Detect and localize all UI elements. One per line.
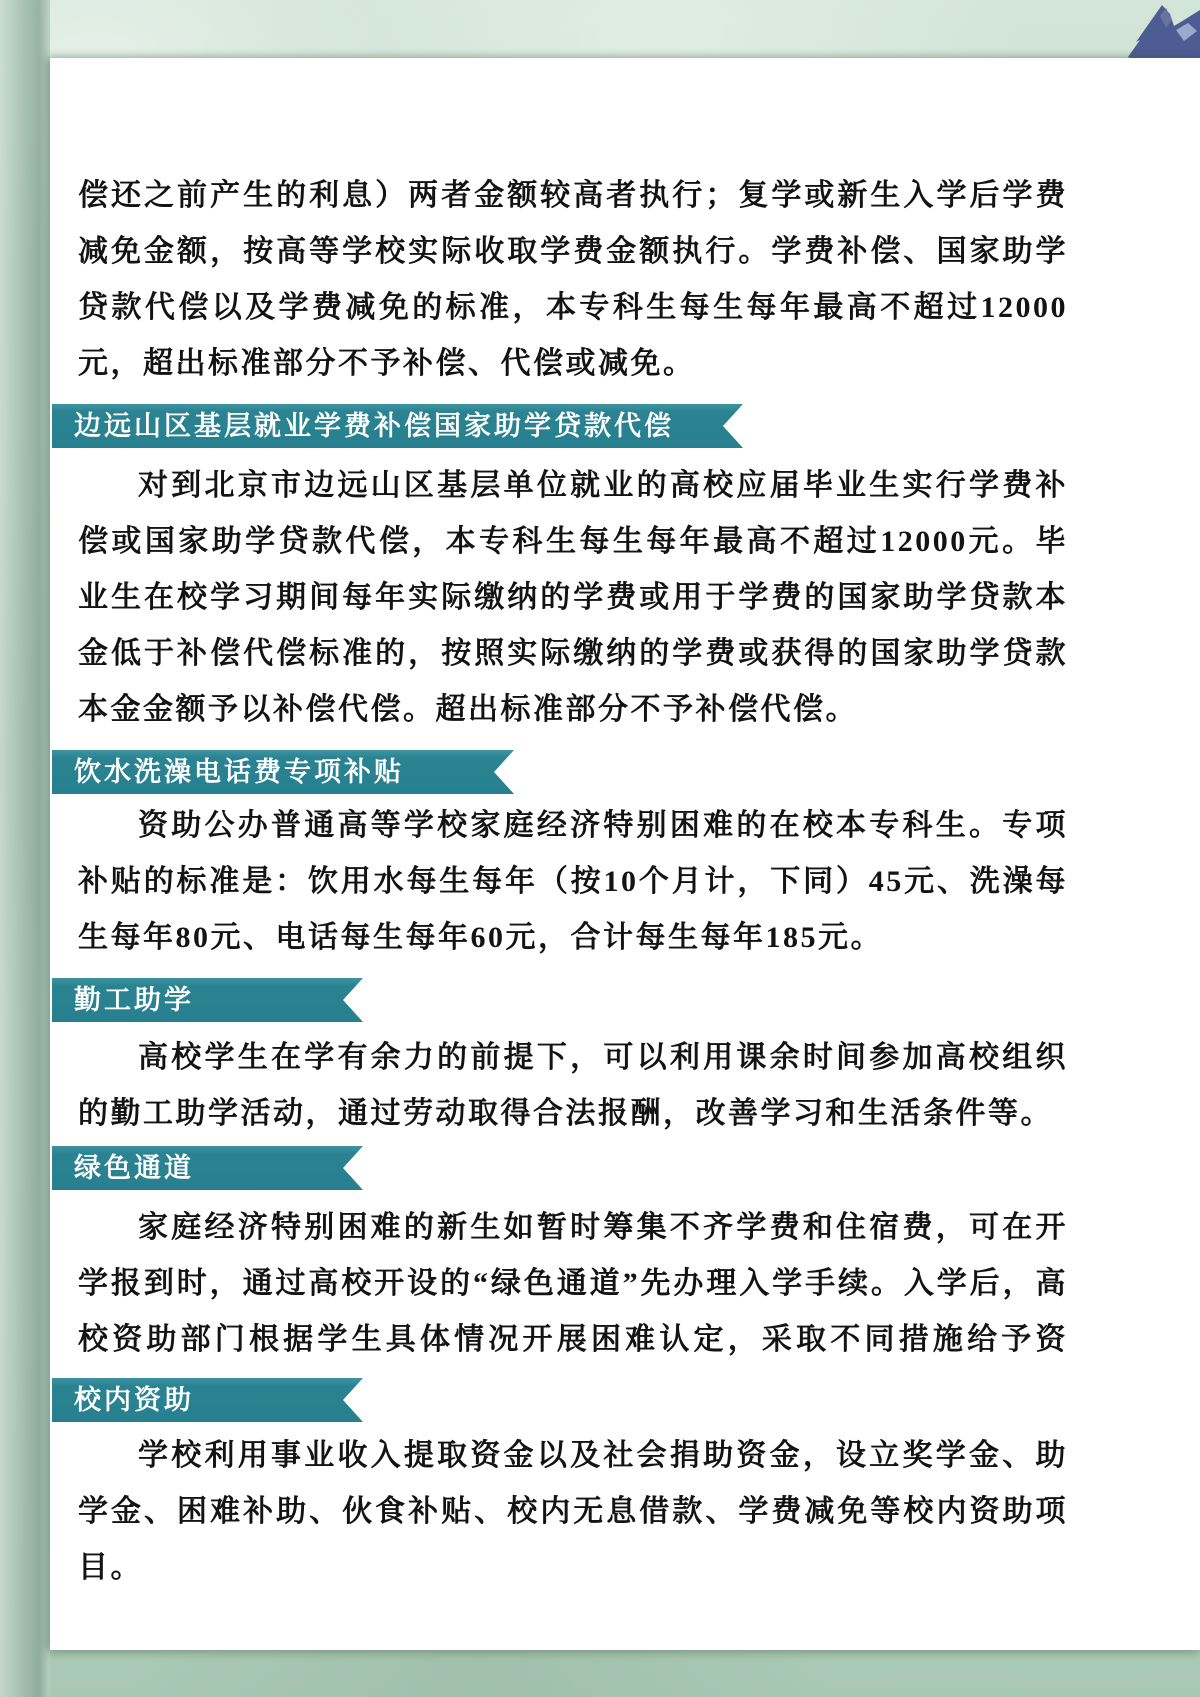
document-page: 偿还之前产生的利息）两者金额较高者执行；复学或新生入学后学费减免金额，按高等学校… [50, 58, 1200, 1650]
section-body-water-bath-phone-subsidy: 资助公办普通高等学校家庭经济特别困难的在校本专科生。专项补贴的标准是：饮用水每生… [78, 798, 1068, 966]
intro-paragraph: 偿还之前产生的利息）两者金额较高者执行；复学或新生入学后学费减免金额，按高等学校… [78, 168, 1068, 392]
section-banner-water-bath-phone-subsidy: 饮水洗澡电话费专项补贴 [52, 750, 514, 794]
section-body-remote-mountain-compensation: 对到北京市边远山区基层单位就业的高校应届毕业生实行学费补偿或国家助学贷款代偿，本… [78, 458, 1068, 738]
section-banner-on-campus-aid: 校内资助 [52, 1378, 363, 1422]
section-body-work-study: 高校学生在学有余力的前提下，可以利用课余时间参加高校组织的勤工助学活动，通过劳动… [78, 1030, 1068, 1142]
swallow-icon [1100, 0, 1200, 58]
section-banner-green-channel: 绿色通道 [52, 1146, 363, 1190]
section-banner-remote-mountain-compensation: 边远山区基层就业学费补偿国家助学贷款代偿 [52, 404, 743, 448]
scan-left-border-shading [0, 0, 50, 1697]
section-banner-work-study: 勤工助学 [52, 978, 363, 1022]
section-body-on-campus-aid: 学校利用事业收入提取资金以及社会捐助资金，设立奖学金、助学金、困难补助、伙食补贴… [78, 1428, 1068, 1596]
scanned-brochure-page: { "document": { "intro_paragraph": "偿还之前… [0, 0, 1200, 1697]
